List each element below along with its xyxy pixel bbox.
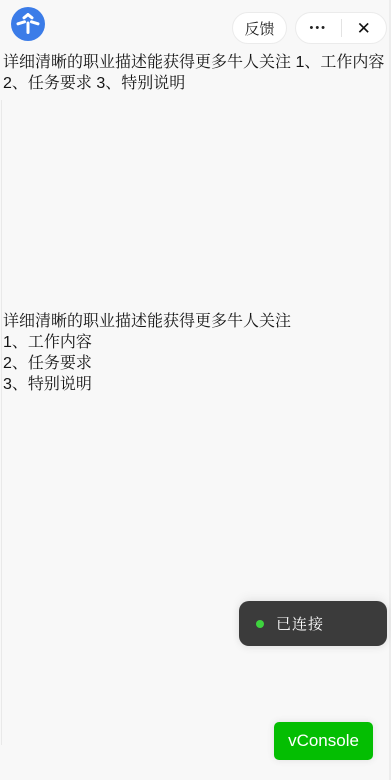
connection-status-toast: 已连接 — [239, 601, 387, 646]
preview-item: 1、工作内容 — [3, 332, 389, 353]
more-icon: ••• — [309, 23, 327, 34]
vconsole-button-label: vConsole — [288, 731, 359, 751]
more-button[interactable]: ••• — [296, 13, 341, 43]
job-description-preview: 详细清晰的职业描述能获得更多牛人关注 1、工作内容 2、任务要求 3、特别说明 — [3, 311, 389, 395]
preview-item: 3、特别说明 — [3, 374, 389, 395]
close-icon: ✕ — [357, 20, 371, 37]
content-left-border — [1, 100, 2, 745]
navbar: 反馈 ••• ✕ — [0, 0, 391, 48]
job-description-input[interactable]: 详细清晰的职业描述能获得更多牛人关注 1、工作内容 2、任务要求 3、特别说明 — [3, 52, 389, 94]
close-button[interactable]: ✕ — [341, 13, 386, 43]
vconsole-button[interactable]: vConsole — [274, 722, 373, 760]
preview-item: 2、任务要求 — [3, 353, 389, 374]
connection-status-label: 已连接 — [276, 613, 324, 634]
miniprogram-capsule: ••• ✕ — [295, 12, 387, 44]
feedback-button[interactable]: 反馈 — [232, 12, 287, 44]
preview-title: 详细清晰的职业描述能获得更多牛人关注 — [3, 311, 389, 332]
app-logo-icon — [11, 7, 45, 41]
feedback-button-label: 反馈 — [244, 18, 274, 39]
connected-dot-icon — [256, 620, 264, 628]
